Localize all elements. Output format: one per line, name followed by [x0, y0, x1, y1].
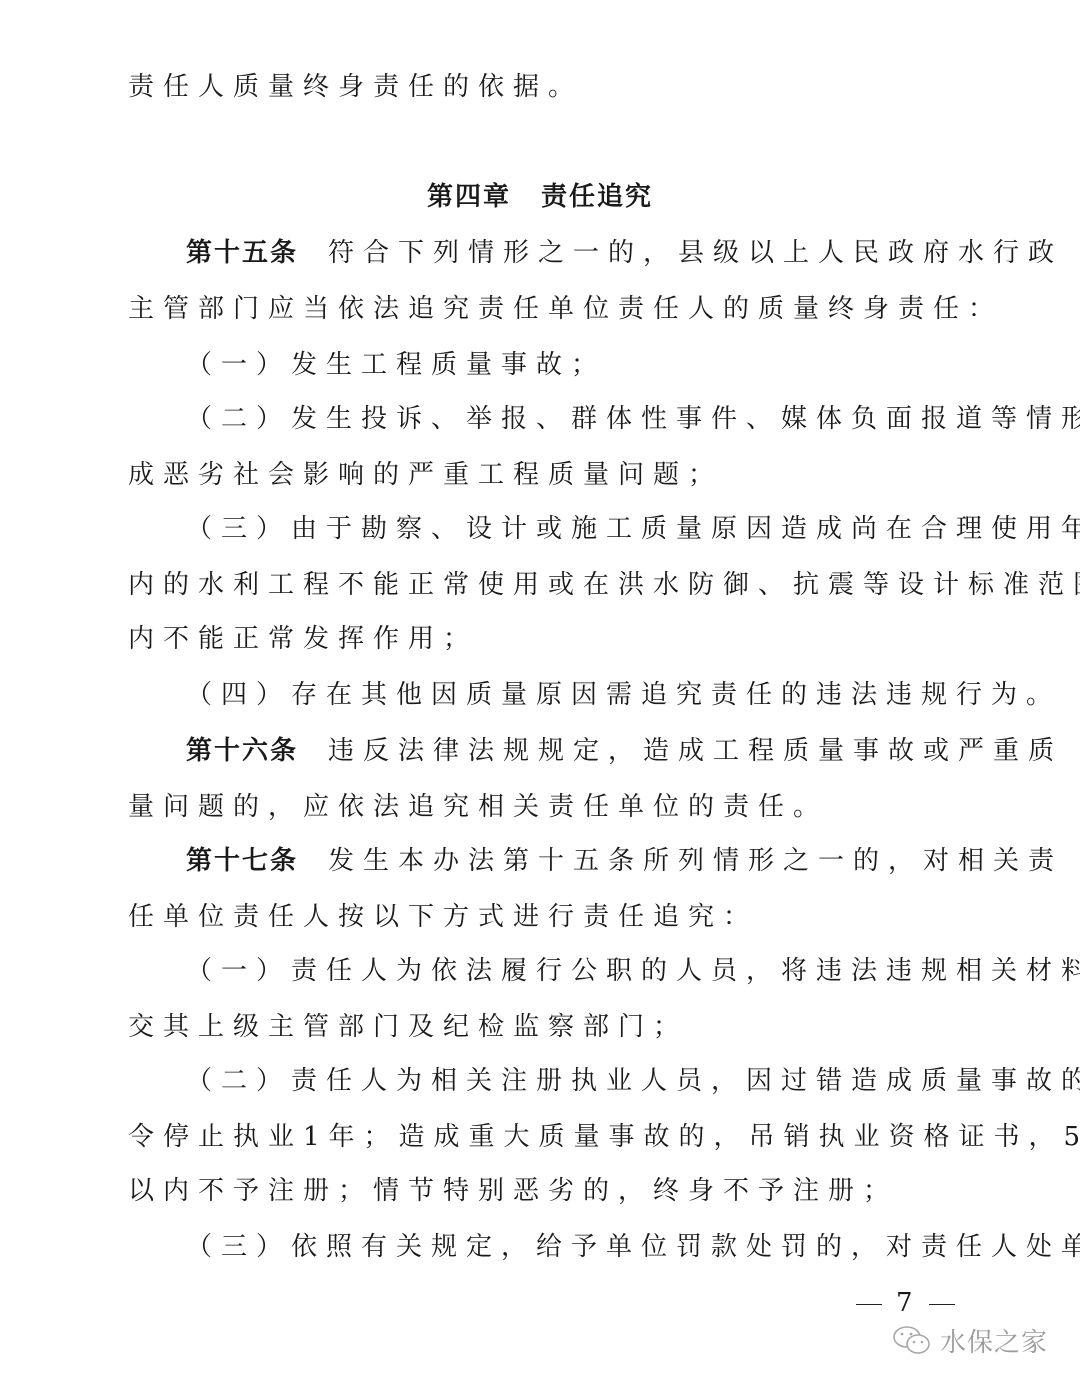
line-text: 责任人质量终身责任的依据。 [128, 72, 583, 102]
line-text: （二）责任人为相关注册执业人员，因过错造成质量事故的，责 [186, 1066, 1080, 1096]
text-line: 交其上级主管部门及纪检监察部门； [128, 1010, 952, 1044]
line-text: （一）发生工程质量事故； [186, 350, 606, 380]
line-text: 任单位责任人按以下方式进行责任追究： [128, 902, 758, 932]
text-line: （二）责任人为相关注册执业人员，因过错造成质量事故的，责 [186, 1064, 952, 1098]
text-line: （三）依照有关规定，给予单位罚款处罚的，对责任人处单位罚 [186, 1230, 952, 1264]
line-text: 发生本办法第十五条所列情形之一的，对相关责 [328, 846, 1063, 876]
line-text: （四）存在其他因质量原因需追究责任的违法违规行为。 [186, 680, 1061, 710]
line-text: 交其上级主管部门及纪检监察部门； [128, 1012, 688, 1042]
chapter-heading: 第四章责任追究 [0, 180, 1080, 214]
article-line: 第十七条发生本办法第十五条所列情形之一的，对相关责 [186, 844, 952, 878]
line-text: 以内不予注册；情节特别恶劣的，终身不予注册； [128, 1176, 898, 1206]
text-line: 任单位责任人按以下方式进行责任追究： [128, 900, 952, 934]
chapter-title: 责任追究 [541, 182, 653, 212]
text-line: 以内不予注册；情节特别恶劣的，终身不予注册； [128, 1174, 952, 1208]
article-line: 第十六条违反法律法规规定，造成工程质量事故或严重质 [186, 734, 952, 768]
line-text: 主管部门应当依法追究责任单位责任人的质量终身责任： [128, 294, 1003, 324]
text-line: （四）存在其他因质量原因需追究责任的违法违规行为。 [186, 678, 952, 712]
line-text: 内的水利工程不能正常使用或在洪水防御、抗震等设计标准范围 [128, 570, 1080, 600]
text-line: （二）发生投诉、举报、群体性事件、媒体负面报道等情形，并造 [186, 402, 952, 436]
text-line: 量问题的，应依法追究相关责任单位的责任。 [128, 790, 952, 824]
text-line: 成恶劣社会影响的严重工程质量问题； [128, 458, 952, 492]
line-text: （三）依照有关规定，给予单位罚款处罚的，对责任人处单位罚 [186, 1232, 1080, 1262]
article-heading: 第十五条 [186, 238, 298, 268]
line-text: 令停止执业1年；造成重大质量事故的，吊销执业资格证书，5年 [128, 1122, 1080, 1152]
line-text: （一）责任人为依法履行公职的人员，将违法违规相关材料移 [186, 956, 1080, 986]
text-line: （一）发生工程质量事故； [186, 348, 952, 382]
line-text: 符合下列情形之一的，县级以上人民政府水行政 [328, 238, 1063, 268]
line-text: 违反法律法规规定，造成工程质量事故或严重质 [328, 736, 1063, 766]
line-text: 成恶劣社会影响的严重工程质量问题； [128, 460, 723, 490]
text-line: 内的水利工程不能正常使用或在洪水防御、抗震等设计标准范围 [128, 568, 952, 602]
article-line: 第十五条符合下列情形之一的，县级以上人民政府水行政 [186, 236, 952, 270]
text-line: 令停止执业1年；造成重大质量事故的，吊销执业资格证书，5年 [128, 1120, 952, 1154]
chapter-number: 第四章 [427, 182, 511, 212]
watermark-text: 水保之家 [940, 1322, 1048, 1359]
dash-right [929, 1304, 955, 1305]
dash-left [856, 1304, 882, 1305]
document-page: 第四章责任追究 责任人质量终身责任的依据。第十五条符合下列情形之一的，县级以上人… [0, 0, 1080, 1388]
line-text: （二）发生投诉、举报、群体性事件、媒体负面报道等情形，并造 [186, 404, 1080, 434]
article-heading: 第十六条 [186, 736, 298, 766]
text-line: 内不能正常发挥作用； [128, 622, 952, 656]
line-text: 量问题的，应依法追究相关责任单位的责任。 [128, 792, 828, 822]
text-line: 责任人质量终身责任的依据。 [128, 70, 952, 104]
page-number: 7 [842, 1288, 969, 1318]
line-text: 内不能正常发挥作用； [128, 624, 478, 654]
text-line: 主管部门应当依法追究责任单位责任人的质量终身责任： [128, 292, 952, 326]
article-heading: 第十七条 [186, 846, 298, 876]
watermark: 水保之家 [892, 1322, 1048, 1359]
text-line: （一）责任人为依法履行公职的人员，将违法违规相关材料移 [186, 954, 952, 988]
text-line: （三）由于勘察、设计或施工质量原因造成尚在合理使用年限 [186, 512, 952, 546]
line-text: （三）由于勘察、设计或施工质量原因造成尚在合理使用年限 [186, 514, 1080, 544]
wechat-icon [892, 1324, 934, 1358]
